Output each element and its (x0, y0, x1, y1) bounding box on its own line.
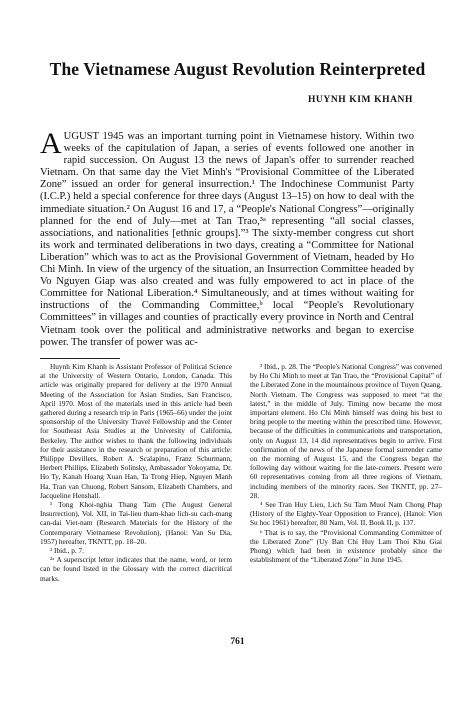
footnote-rule (40, 358, 120, 359)
footnote-2: ² Ibid., p. 7. (40, 546, 232, 555)
drop-cap: A (40, 132, 62, 156)
article-title: The Vietnamese August Revolution Reinter… (0, 59, 475, 80)
footnote-2a: ²ᵃ A superscript letter indicates that t… (40, 555, 232, 583)
footnote-4: ⁴ See Tran Huy Lieu, Lich Su Tam Muoi Na… (250, 500, 442, 528)
article-body: AUGUST 1945 was an important turning poi… (40, 131, 414, 349)
body-paragraph: UGUST 1945 was an important turning poin… (40, 131, 414, 348)
page-number: 761 (0, 637, 475, 647)
author-name: HUYNH KIM KHANH (308, 95, 413, 105)
footnotes-left-column: Huynh Kim Khanh is Assistant Professor o… (40, 362, 232, 583)
footnote-3: ³ Ibid., p. 28. The “People's National C… (250, 362, 442, 500)
footnote-author-bio: Huynh Kim Khanh is Assistant Professor o… (40, 362, 232, 500)
footnote-b: ᵇ That is to say, the “Provisional Comma… (250, 528, 442, 565)
footnotes-right-column: ³ Ibid., p. 28. The “People's National C… (250, 362, 442, 564)
footnote-1: ¹ Tong Khoi-nghia Thang Tam (The August … (40, 500, 232, 546)
